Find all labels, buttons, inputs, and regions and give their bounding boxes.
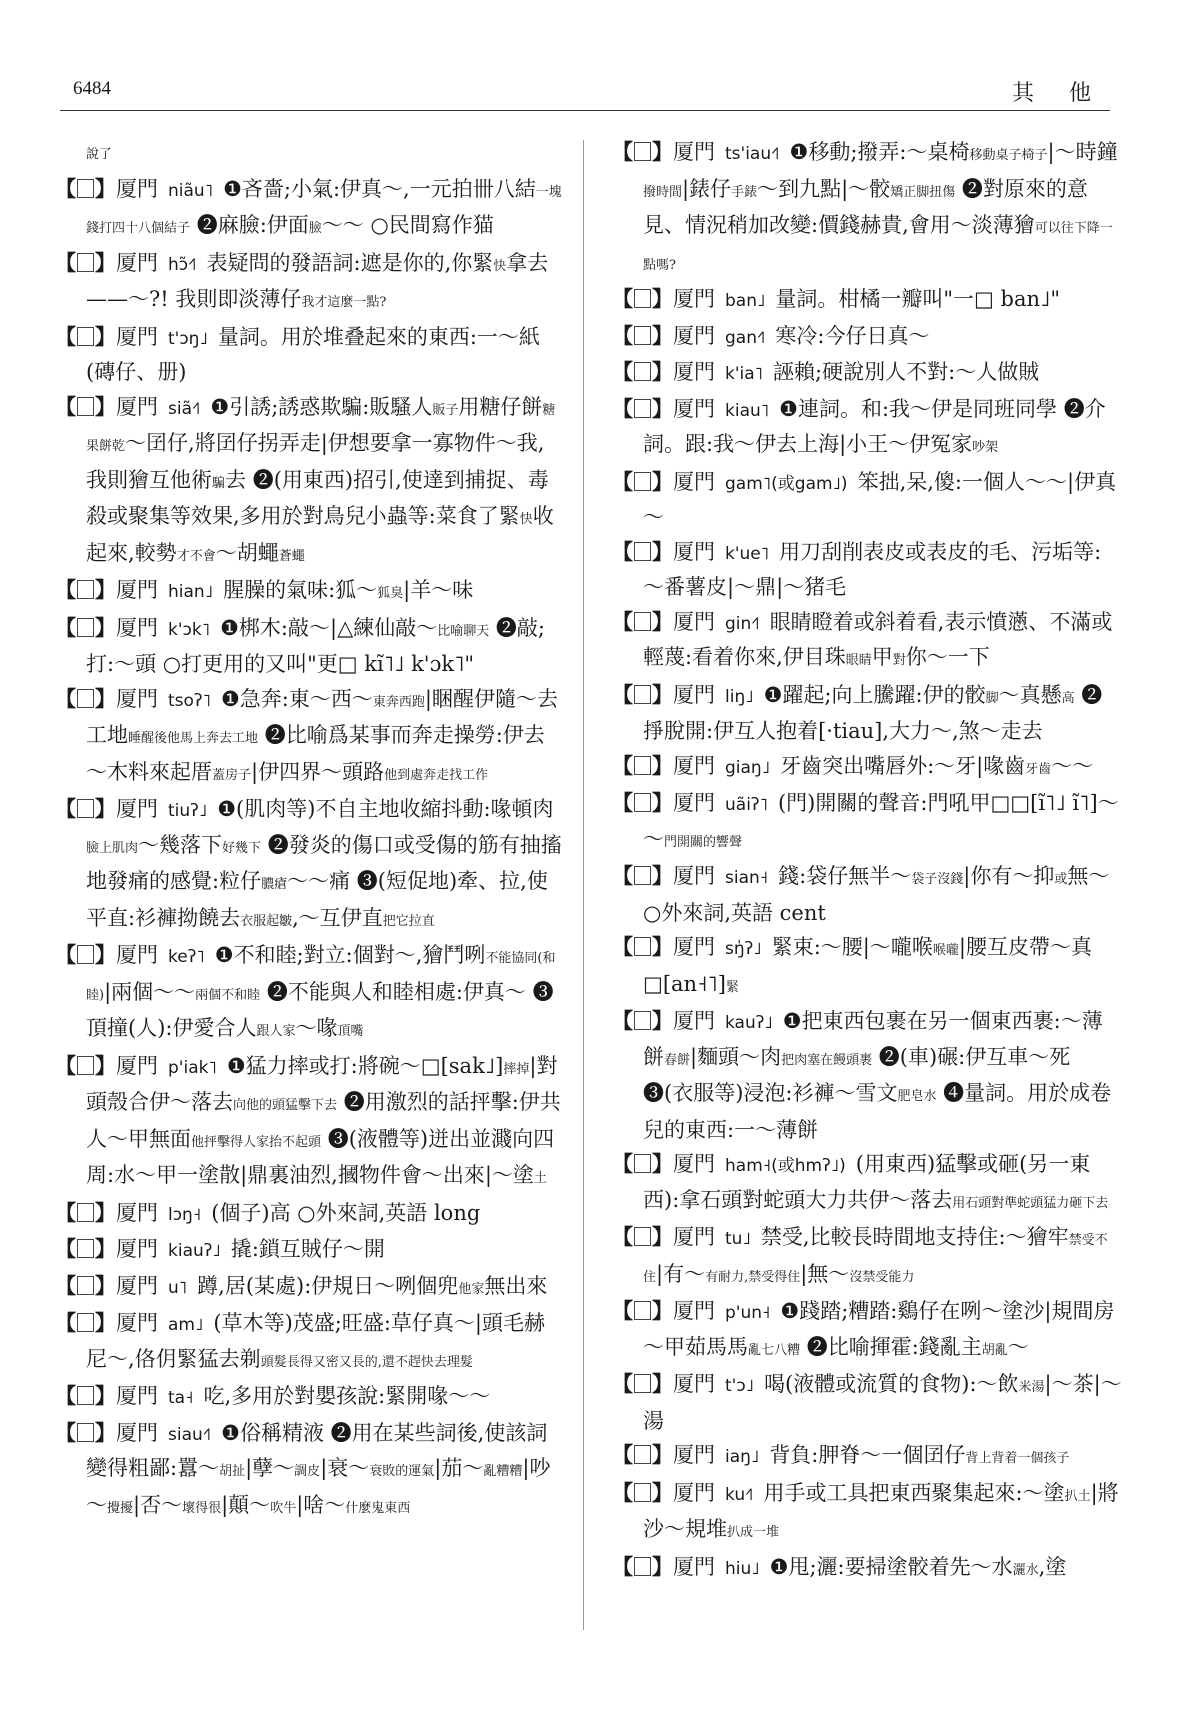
bracket-open: 【 <box>612 1371 633 1396</box>
missing-glyph-box <box>77 580 94 599</box>
dictionary-entry: 【】厦門t'ɔ˩喝(液體或流質的食物):～飲米湯|～茶|～湯 <box>612 1367 1122 1438</box>
gloss-text: 狐臭 <box>377 586 403 601</box>
missing-glyph-box <box>77 327 94 346</box>
dialect-place: 厦門 <box>673 1443 715 1467</box>
definition-text: ❶不和睦;對立:個對～,獪鬥咧 <box>215 943 486 967</box>
dictionary-entry: 【】厦門p'iak˥❶猛力摔或打:將碗～□[sak˩]摔掉|對頭殼合伊～落去向他… <box>55 1049 565 1196</box>
bracket-open: 【 <box>55 324 76 349</box>
dictionary-entry: 【】厦門u˥蹲,居(某處):伊規日～咧個兜他家無出來 <box>55 1269 565 1307</box>
definition-text: ❶急奔:東～西～ <box>221 687 373 711</box>
gloss-text: 好幾下 <box>222 841 261 856</box>
bracket-open: 【 <box>612 396 633 421</box>
definition-text: 腥臊的氣味:狐～ <box>223 578 377 602</box>
gloss-text: 撥時間 <box>643 185 682 200</box>
bracket-close: 】 <box>95 1273 116 1298</box>
bracket-open: 【 <box>55 1383 76 1408</box>
missing-glyph-box <box>77 945 94 964</box>
dialect-place: 厦門 <box>116 687 158 711</box>
definition-text: ❶引誘;誘惑欺騙:販騷人 <box>210 395 432 419</box>
bracket-open: 【 <box>55 1053 76 1078</box>
header-rule <box>60 110 1110 111</box>
dialect-place: 厦門 <box>116 1054 158 1078</box>
dialect-place: 厦門 <box>116 1384 158 1408</box>
gloss-text: 肥皂水 <box>897 1089 936 1104</box>
definition-text: |孽～ <box>245 1456 294 1480</box>
dictionary-entry: 【】厦門hian˩腥臊的氣味:狐～狐臭|羊～味 <box>55 573 565 611</box>
dictionary-entry: 【】厦門k'ia˥誣賴;硬說別人不對:～人做賊 <box>612 355 1122 392</box>
missing-glyph-box <box>77 799 94 818</box>
dialect-place: 厦門 <box>116 943 158 967</box>
dictionary-entry: 【】厦門tiuʔ˩❶(肌肉等)不自主地收縮抖動:喙頓肉臉上肌肉～幾落下好幾下 ❷… <box>55 792 565 938</box>
gloss-text: 脚 <box>986 691 999 706</box>
dictionary-entry: 【】厦門kauʔ˩❶把東西包裹在另一個東西裹:～薄餅春餅|麵頭～肉把肉塞在饅頭裹… <box>612 1004 1122 1147</box>
missing-glyph-box <box>634 399 651 418</box>
pronunciation: ham˧(或hmʔ˩) <box>725 1156 846 1176</box>
dialect-place: 厦門 <box>116 395 158 419</box>
bracket-open: 【 <box>55 796 76 821</box>
definition-text: 表疑問的發語詞:遮是你的,你緊 <box>207 251 494 275</box>
pronunciation: k'ia˥ <box>725 364 763 384</box>
definition-text: 錢:袋仔無半～ <box>778 864 911 888</box>
definition-text: 喝(液體或流質的食物):～飲 <box>764 1372 1018 1396</box>
definition-text: 寒冷:今仔日真～ <box>775 324 929 348</box>
definition-text: 量詞。柑橘一瓣叫"一□ ban˩" <box>775 287 1060 311</box>
definition-text: 撬:鎖互賊仔～開 <box>231 1237 385 1261</box>
pronunciation: t'ɔŋ˩ <box>168 329 208 349</box>
gloss-text: 胡亂 <box>982 1343 1008 1358</box>
pronunciation: u˥ <box>168 1278 187 1298</box>
gloss-text: 眼睛 <box>846 653 872 668</box>
gloss-text: 才不會 <box>177 549 216 564</box>
pronunciation: keʔ˥ <box>168 947 205 967</box>
missing-glyph-box <box>77 179 94 198</box>
dialect-place: 厦門 <box>673 1299 715 1323</box>
bracket-close: 】 <box>652 934 673 959</box>
bracket-close: 】 <box>95 394 116 419</box>
dialect-place: 厦門 <box>116 616 158 640</box>
pronunciation: ban˩ <box>725 291 765 311</box>
dialect-place: 厦門 <box>116 797 158 821</box>
definition-text: 甲 <box>872 645 893 669</box>
missing-glyph-box <box>634 1154 651 1173</box>
missing-glyph-box <box>77 1056 94 1075</box>
left-column: 說了【】厦門niãu˥❶吝嗇;小氣:伊真～,一元拍卌八結一塊錢打四十八個結子 ❷… <box>55 135 565 1525</box>
gloss-text: 騙 <box>212 476 225 491</box>
gloss-text: 緊 <box>726 980 739 995</box>
bracket-close: 】 <box>95 942 116 967</box>
bracket-open: 【 <box>55 176 76 201</box>
missing-glyph-box <box>77 618 94 637</box>
definition-text: |茄～ <box>434 1456 483 1480</box>
definition-text: |衰～ <box>320 1456 369 1480</box>
dictionary-entry: 【】厦門keʔ˥❶不和睦;對立:個對～,獪鬥咧不能協同(和睦)|兩個～～兩個不和… <box>55 938 565 1049</box>
bracket-close: 】 <box>652 790 673 815</box>
pronunciation: gin˧˥ <box>725 614 760 634</box>
gloss-text: 有耐力,禁受得住 <box>705 1270 800 1285</box>
bracket-close: 】 <box>95 250 116 275</box>
dictionary-entry: 【】厦門siau˧˥❶俗稱精液 ❷用在某些詞後,使該詞變得粗鄙:囂～胡扯|孽～調… <box>55 1416 565 1526</box>
entry-continuation: 說了 <box>55 135 565 172</box>
pronunciation: p'un˧ <box>725 1303 770 1323</box>
bracket-open: 【 <box>55 250 76 275</box>
bracket-open: 【 <box>612 1151 633 1176</box>
gloss-text: 扒成一堆 <box>727 1525 779 1540</box>
pronunciation: iaŋ˩ <box>725 1447 759 1467</box>
definition-text: ❶移動;撥弄:～桌椅 <box>790 140 970 164</box>
column-divider <box>583 140 584 1630</box>
definition-text: ❶(肌肉等)不自主地收縮抖動:喙頓肉 <box>217 797 553 821</box>
missing-glyph-box <box>634 362 651 381</box>
missing-glyph-box <box>634 612 651 631</box>
dialect-place: 厦門 <box>673 610 715 634</box>
bracket-open: 【 <box>612 539 633 564</box>
gloss-text: 快 <box>493 259 506 274</box>
pronunciation: tsoʔ˥ <box>168 691 211 711</box>
gloss-text: 移動桌子椅子 <box>969 148 1047 163</box>
pronunciation: hian˩ <box>168 582 213 602</box>
bracket-close: 】 <box>652 1151 673 1176</box>
dialect-place: 厦門 <box>673 1481 715 1505</box>
bracket-close: 】 <box>652 1008 673 1033</box>
bracket-open: 【 <box>612 323 633 348</box>
missing-glyph-box <box>77 1239 94 1258</box>
pronunciation: lɔŋ˧ <box>168 1205 201 1225</box>
bracket-close: 】 <box>652 396 673 421</box>
pronunciation: k'ɔk˥ <box>168 620 210 640</box>
dictionary-entry: 【】厦門liŋ˩❶躍起;向上騰躍:伊的骹脚～真懸高 ❷掙脫開:伊互人抱着[·ti… <box>612 678 1122 749</box>
gloss-text: 春餅 <box>664 1053 690 1068</box>
bracket-close: 】 <box>652 863 673 888</box>
missing-glyph-box <box>77 1203 94 1222</box>
pronunciation: k'ue˥ <box>725 544 769 564</box>
gloss-text: 蓋房子 <box>212 768 251 783</box>
bracket-open: 【 <box>612 286 633 311</box>
pronunciation: ku˧˥ <box>725 1485 753 1505</box>
pronunciation: sŋ̍ʔ˩ <box>725 939 762 959</box>
bracket-close: 】 <box>652 1371 673 1396</box>
dialect-place: 厦門 <box>673 540 715 564</box>
definition-text: |錶仔 <box>682 177 731 201</box>
pronunciation: liŋ˩ <box>725 687 754 707</box>
bracket-close: 】 <box>652 359 673 384</box>
definition-text: ❷比喻揮霍:錢亂主 <box>800 1335 982 1359</box>
gloss-text: 吵架 <box>972 440 998 455</box>
page-header: 6484 其 他 <box>60 78 1110 118</box>
definition-text: ❶吝嗇;小氣:伊真～,一元拍卌八結 <box>223 177 536 201</box>
pronunciation: tu˩ <box>725 1229 751 1249</box>
dialect-place: 厦門 <box>116 1237 158 1261</box>
dictionary-entry: 【】厦門gan˧˥寒冷:今仔日真～ <box>612 319 1122 356</box>
right-column: 【】厦門ts'iau˧˥❶移動;撥弄:～桌椅移動桌子椅子|～時鐘撥時間|錶仔手錶… <box>612 135 1122 1587</box>
bracket-close: 】 <box>652 1224 673 1249</box>
gloss-text: 扒土 <box>1065 1489 1091 1504</box>
dialect-place: 厦門 <box>673 935 715 959</box>
gloss-text: 販子 <box>432 403 458 418</box>
gloss-text: 頭髮長得又密又長的,還不趕快去理髮 <box>261 1355 473 1370</box>
dialect-place: 厦門 <box>116 1201 158 1225</box>
dialect-place: 厦門 <box>673 864 715 888</box>
bracket-open: 【 <box>55 1310 76 1335</box>
gloss-text: 他家 <box>458 1282 484 1297</box>
bracket-open: 【 <box>612 682 633 707</box>
definition-text: ❶躍起;向上騰躍:伊的骹 <box>764 683 986 707</box>
missing-glyph-box <box>634 289 651 308</box>
gloss-text: 壞得很 <box>182 1501 221 1516</box>
bracket-close: 】 <box>652 539 673 564</box>
gloss-text: 臉上肌肉 <box>86 841 138 856</box>
dictionary-entry: 【】厦門k'ue˥用刀刮削表皮或表皮的毛、污垢等:～番薯皮|～鼎|～猪毛 <box>612 535 1122 605</box>
dialect-place: 厦門 <box>673 1555 715 1579</box>
missing-glyph-box <box>634 326 651 345</box>
bracket-close: 】 <box>652 1298 673 1323</box>
pronunciation: hiu˩ <box>725 1559 760 1579</box>
dialect-place: 厦門 <box>673 140 715 164</box>
bracket-close: 】 <box>652 1442 673 1467</box>
pronunciation: p'iak˥ <box>168 1058 217 1078</box>
definition-text: |伊四界～頭路 <box>251 760 384 784</box>
dialect-place: 厦門 <box>116 1311 158 1335</box>
page-number: 6484 <box>73 78 111 100</box>
definition-text: ❷麻臉:伊面 <box>190 213 309 237</box>
gloss-text: 摔掉 <box>503 1062 529 1077</box>
missing-glyph-box <box>77 397 94 416</box>
gloss-text: 蒼蠅 <box>279 549 305 564</box>
gloss-text: 衰敗的運氣 <box>369 1464 434 1479</box>
definition-text: 用手或工具把東西聚集起來:～塗 <box>763 1481 1064 1505</box>
definition-text: |否～ <box>133 1493 182 1517</box>
dialect-place: 厦門 <box>673 791 715 815</box>
bracket-close: 】 <box>95 615 116 640</box>
gloss-text: 調皮 <box>294 1464 320 1479</box>
pronunciation: hɔ̃˧˥ <box>168 255 197 275</box>
definition-text: 緊束:～腰|～嚨喉 <box>772 935 933 959</box>
pronunciation: kauʔ˩ <box>725 1013 773 1033</box>
dictionary-entry: 【】厦門niãu˥❶吝嗇;小氣:伊真～,一元拍卌八結一塊錢打四十八個結子 ❷麻臉… <box>55 172 565 246</box>
definition-text: ～真懸 <box>999 683 1062 707</box>
definition-text: |兩個～～ <box>104 980 195 1004</box>
bracket-open: 【 <box>612 934 633 959</box>
bracket-close: 】 <box>95 1200 116 1225</box>
missing-glyph-box <box>634 866 651 885</box>
dictionary-entry: 【】厦門ts'iau˧˥❶移動;撥弄:～桌椅移動桌子椅子|～時鐘撥時間|錶仔手錶… <box>612 135 1122 282</box>
gloss-text: 比喻聊天 <box>437 624 489 639</box>
gloss-text: 灑水 <box>1013 1563 1039 1578</box>
gloss-text: 對 <box>893 653 906 668</box>
gloss-text: 頂嘴 <box>337 1024 363 1039</box>
bracket-open: 【 <box>612 753 633 778</box>
pronunciation: am˩ <box>168 1315 203 1335</box>
bracket-close: 】 <box>95 686 116 711</box>
missing-glyph-box <box>634 685 651 704</box>
gloss-text: 土 <box>534 1171 547 1186</box>
dialect-place: 厦門 <box>673 287 715 311</box>
pronunciation: kiauʔ˩ <box>168 1241 221 1261</box>
missing-glyph-box <box>77 1276 94 1295</box>
missing-glyph-box <box>77 1423 94 1442</box>
bracket-close: 】 <box>652 323 673 348</box>
missing-glyph-box <box>77 1313 94 1332</box>
dictionary-entry: 【】厦門lɔŋ˧(個子)高 ○外來詞,英語 long <box>55 1196 565 1233</box>
definition-text: 禁受,比較長時間地支持住:～獪牢 <box>761 1225 1069 1249</box>
bracket-open: 【 <box>612 469 633 494</box>
bracket-close: 】 <box>95 796 116 821</box>
missing-glyph-box <box>77 253 94 272</box>
bracket-open: 【 <box>612 790 633 815</box>
dictionary-entry: 【】厦門am˩(草木等)茂盛;旺盛:草仔真～|頭毛赫尼～,佫仴緊猛去剃頭髮長得又… <box>55 1306 565 1379</box>
bracket-open: 【 <box>612 1008 633 1033</box>
bracket-close: 】 <box>652 469 673 494</box>
definition-text: |有～ <box>656 1262 705 1286</box>
bracket-open: 【 <box>612 1224 633 1249</box>
pronunciation: niãu˥ <box>168 181 213 201</box>
definition-text: |你有～抑 <box>963 864 1054 888</box>
dictionary-entry: 【】厦門gin˧˥眼睛瞪着或斜着看,表示憤懣、不滿或輕蔑:看着你來,伊目珠眼睛甲… <box>612 605 1122 678</box>
gloss-text: 沒禁受能力 <box>849 1270 914 1285</box>
pronunciation: sian˧ <box>725 868 768 888</box>
definition-text: 無出來 <box>484 1274 547 1298</box>
dictionary-entry: 【】厦門tsoʔ˥❶急奔:東～西～東奔西跑|睏醒伊隨～去工地睡醒後他馬上奔去工地… <box>55 682 565 793</box>
gloss-text: 把它拉直 <box>383 914 435 929</box>
dialect-place: 厦門 <box>673 324 715 348</box>
dictionary-entry: 【】厦門uãiʔ˥(門)開關的聲音:門吼甲□□[ĩ˥˩ ĩ˥]～～門開關的響聲 <box>612 786 1122 859</box>
gloss-text: 他到處奔走找工作 <box>384 768 488 783</box>
bracket-close: 】 <box>95 1053 116 1078</box>
dictionary-entry: 【】厦門sŋ̍ʔ˩緊束:～腰|～嚨喉喉嚨|腰互皮帶～真□[an˧˥]緊 <box>612 930 1122 1004</box>
dictionary-entry: 【】厦門iaŋ˩背負:胛脊～一個囝仔背上背着一個孩子 <box>612 1438 1122 1476</box>
gloss-text: 門開關的響聲 <box>664 835 742 850</box>
bracket-close: 】 <box>652 286 673 311</box>
gloss-text: 膿瘡 <box>261 877 287 892</box>
pronunciation: ts'iau˧˥ <box>725 144 780 164</box>
bracket-open: 【 <box>55 1236 76 1261</box>
dialect-place: 厦門 <box>673 1225 715 1249</box>
gloss-text: 把肉塞在饅頭裹 <box>781 1053 872 1068</box>
gloss-text: 臉 <box>309 221 322 236</box>
dialect-place: 厦門 <box>673 360 715 384</box>
gloss-text: 快 <box>520 512 533 527</box>
missing-glyph-box <box>634 756 651 775</box>
pronunciation: siã˧˥ <box>168 399 200 419</box>
definition-text: |無～ <box>800 1262 849 1286</box>
dialect-place: 厦門 <box>116 251 158 275</box>
missing-glyph-box <box>634 1227 651 1246</box>
dialect-place: 厦門 <box>673 1372 715 1396</box>
gloss-text: 手錶 <box>731 185 757 200</box>
definition-text: ❶梆木:敲～|△練仙敲～ <box>220 616 437 640</box>
gloss-text: 米湯 <box>1019 1380 1045 1395</box>
pronunciation: kiau˥ <box>725 401 769 421</box>
definition-text: |啥～ <box>296 1493 345 1517</box>
bracket-close: 】 <box>652 753 673 778</box>
dictionary-entry: 【】厦門ban˩量詞。柑橘一瓣叫"一□ ban˩" <box>612 282 1122 319</box>
dialect-place: 厦門 <box>673 470 715 494</box>
bracket-open: 【 <box>55 615 76 640</box>
missing-glyph-box <box>634 793 651 812</box>
missing-glyph-box <box>634 472 651 491</box>
bracket-open: 【 <box>55 1420 76 1445</box>
bracket-open: 【 <box>55 942 76 967</box>
gloss-text: 高 <box>1062 691 1075 706</box>
definition-text: |麵頭～肉 <box>690 1045 781 1069</box>
pronunciation: gan˧˥ <box>725 328 765 348</box>
missing-glyph-box <box>634 1445 651 1464</box>
dialect-place: 厦門 <box>673 397 715 421</box>
bracket-open: 【 <box>612 863 633 888</box>
definition-text: 牙齒突出嘴唇外:～牙|喙齒 <box>780 754 1025 778</box>
dialect-place: 厦門 <box>116 325 158 349</box>
definition-text: (個子)高 ○外來詞,英語 long <box>211 1201 480 1225</box>
dictionary-entry: 【】厦門ku˧˥用手或工具把東西聚集起來:～塗扒土|將沙～規堆扒成一堆 <box>612 1476 1122 1550</box>
definition-text: ～喙 <box>295 1016 337 1040</box>
bracket-open: 【 <box>612 1442 633 1467</box>
gloss-text: 喉嚨 <box>933 943 959 958</box>
bracket-open: 【 <box>612 1298 633 1323</box>
gloss-text: 袋子沒錢 <box>911 872 963 887</box>
gloss-text: 兩個不和睦 <box>195 988 260 1003</box>
gloss-text: 攪擾 <box>107 1501 133 1516</box>
gloss-text: 亂七八糟 <box>748 1343 800 1358</box>
dialect-place: 厦門 <box>116 578 158 602</box>
bracket-open: 【 <box>612 609 633 634</box>
gloss-text: 東奔西跑 <box>373 695 425 710</box>
bracket-close: 】 <box>652 1554 673 1579</box>
bracket-open: 【 <box>612 139 633 164</box>
definition-text: ～ <box>1008 1335 1029 1359</box>
section-title: 其 他 <box>1012 76 1105 107</box>
dictionary-entry: 【】厦門siã˧˥❶引誘;誘惑欺騙:販騷人販子用糖仔餅糖果餅乾～囝仔,將囝仔拐弄… <box>55 390 565 574</box>
bracket-close: 】 <box>652 609 673 634</box>
bracket-open: 【 <box>55 1200 76 1225</box>
definition-text: ～幾落下 <box>138 833 222 857</box>
bracket-open: 【 <box>612 1480 633 1505</box>
pronunciation: tiuʔ˩ <box>168 801 207 821</box>
gloss-text: 什麼鬼東西 <box>345 1501 410 1516</box>
gloss-text: 衣服起皺 <box>240 914 292 929</box>
definition-text: 誣賴;硬說別人不對:～人做賊 <box>773 360 1039 384</box>
dialect-place: 厦門 <box>116 1421 158 1445</box>
pronunciation: gam˥(或gam˩) <box>725 474 848 494</box>
gloss-text: 牙齒 <box>1025 762 1051 777</box>
gloss-text: 或 <box>1054 872 1067 887</box>
bracket-open: 【 <box>55 394 76 419</box>
gloss-text: 亂糟糟 <box>483 1464 522 1479</box>
dictionary-entry: 【】厦門ta˧吃,多用於對嬰孩說:緊開喙～～ <box>55 1379 565 1416</box>
bracket-close: 】 <box>95 1310 116 1335</box>
dialect-place: 厦門 <box>673 683 715 707</box>
gloss-text: 跟人家 <box>256 1024 295 1039</box>
dictionary-entry: 【】厦門hɔ̃˧˥表疑問的發語詞:遮是你的,你緊快拿去——～?! 我則即淡薄仔我… <box>55 246 565 320</box>
dialect-place: 厦門 <box>673 1152 715 1176</box>
definition-text: |～時鐘 <box>1048 140 1118 164</box>
pronunciation: giaŋ˩ <box>725 758 770 778</box>
dictionary-entry: 【】厦門hiu˩❶甩;灑:要掃塗骹着先～水灑水,塗 <box>612 1550 1122 1588</box>
definition-text: 吃,多用於對嬰孩說:緊開喙～～ <box>203 1384 490 1408</box>
definition-text: ,塗 <box>1039 1555 1067 1579</box>
pronunciation: siau˧˥ <box>168 1425 211 1445</box>
missing-glyph-box <box>634 1483 651 1502</box>
definition-text: |羊～味 <box>403 578 473 602</box>
pronunciation: uãiʔ˥ <box>725 795 768 815</box>
bracket-close: 】 <box>652 1480 673 1505</box>
dictionary-entry: 【】厦門ham˧(或hmʔ˩)(用東西)猛擊或砸(另一東西):拿石頭對蛇頭大力共… <box>612 1147 1122 1220</box>
dictionary-entry: 【】厦門sian˧錢:袋仔無半～袋子沒錢|你有～抑或無～ ○外來詞,英語 cen… <box>612 859 1122 930</box>
dialect-place: 厦門 <box>116 177 158 201</box>
bracket-close: 】 <box>95 1383 116 1408</box>
gloss-text: 說了 <box>86 147 112 162</box>
missing-glyph-box <box>634 1374 651 1393</box>
gloss-text: 向他的頭猛擊下去 <box>233 1098 337 1113</box>
missing-glyph-box <box>634 1301 651 1320</box>
